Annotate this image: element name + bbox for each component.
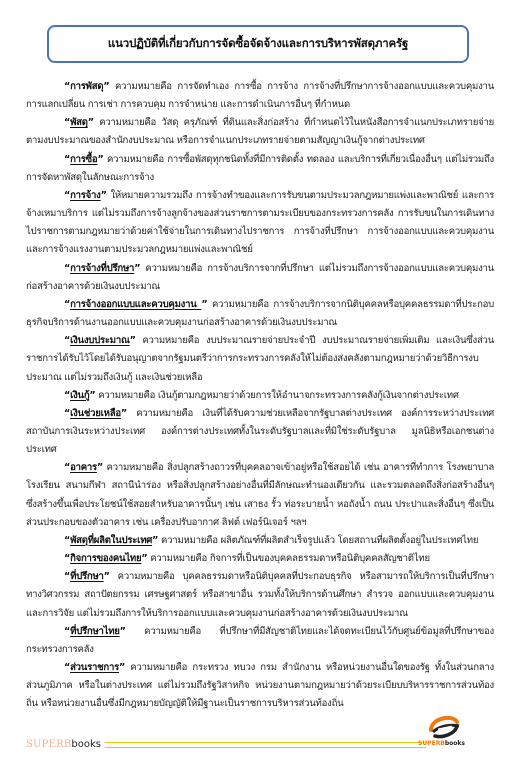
definition-item: “การซื้อ” ความหมายคือ การซื้อพัสดุทุกชนิ…: [26, 151, 494, 187]
definition-term: “เงินกู้”: [64, 390, 95, 401]
definitions-list: “การพัสดุ” ความหมายคือ การจัดทำเอง การซื…: [26, 78, 494, 713]
logo-caption-books: books: [445, 740, 465, 747]
page-footer: SUPERB books: [26, 736, 426, 752]
definition-term: “การจ้างที่ปรึกษา”: [64, 263, 140, 274]
definition-text: ความหมายคือ กิจการที่เป็นของบุคคลธรรมดาห…: [147, 553, 429, 564]
definition-term: “อาคาร”: [64, 462, 103, 473]
definition-item: “ส่วนราชการ” ความหมายคือ กระทรวง ทบวง กร…: [26, 659, 494, 713]
definition-item: “อาคาร” ความหมายคือ สิ่งปลูกสร้างถาวรที่…: [26, 459, 494, 532]
definition-term: “ส่วนราชการ”: [64, 662, 125, 673]
definition-item: “เงินงบประมาณ” ความหมายคือ งบประมาณรายจ่…: [26, 332, 494, 386]
definition-term: “การซื้อ”: [64, 154, 104, 165]
definition-item: “ที่ปรึกษาไทย” ความหมายคือ ที่ปรึกษาที่ม…: [26, 623, 494, 659]
definition-term: “ที่ปรึกษา”: [64, 571, 110, 582]
logo-caption: SUPERBbooks: [418, 740, 465, 747]
definition-term: “การจ้าง”: [64, 190, 107, 201]
superbooks-logo-icon: [423, 712, 465, 754]
definition-term: “กิจการของคนไทย”: [64, 553, 147, 564]
definition-item: “เงินช่วยเหลือ” ความหมายคือ เงินที่ได้รั…: [26, 405, 494, 459]
definition-term: “การจ้างออกแบบและควบคุมงาน ”: [64, 299, 207, 310]
logo-caption-superb: SUPERB: [418, 740, 445, 747]
footer-brand-books: books: [71, 739, 101, 750]
definition-text: ความหมายคือ ผลิตภัณฑ์ที่ผลิตสำเร็จรูปแล้…: [158, 535, 478, 546]
definition-item: “พัสดุ” ความหมายคือ วัสดุ ครุภัณฑ์ ที่ดิ…: [26, 114, 494, 150]
definition-term: “พัสดุที่ผลิตในประเทศ”: [64, 535, 158, 546]
footer-brand-superb: SUPERB: [26, 739, 71, 750]
definition-item: “พัสดุที่ผลิตในประเทศ” ความหมายคือ ผลิตภ…: [26, 532, 494, 550]
definition-item: “การจ้างที่ปรึกษา” ความหมายคือ การจ้างบร…: [26, 260, 494, 296]
definition-term: “เงินงบประมาณ”: [64, 335, 136, 346]
definition-term: “เงินช่วยเหลือ”: [64, 408, 127, 419]
definition-item: “การจ้าง” ให้หมายความรวมถึง การจ้างทำของ…: [26, 187, 494, 260]
definition-term: “การพัสดุ”: [64, 81, 109, 92]
definition-item: “กิจการของคนไทย” ความหมายคือ กิจการที่เป…: [26, 550, 494, 568]
definition-term: “พัสดุ”: [64, 117, 94, 128]
definition-item: “การพัสดุ” ความหมายคือ การจัดทำเอง การซื…: [26, 78, 494, 114]
definition-item: “ที่ปรึกษา” ความหมายคือ บุคคลธรรมดาหรือน…: [26, 568, 494, 622]
document-title-box: แนวปฏิบัติที่เกี่ยวกับการจัดซื้อจัดจ้างแ…: [47, 25, 469, 63]
footer-divider: [105, 742, 426, 748]
definition-term: “ที่ปรึกษาไทย”: [64, 626, 126, 637]
definition-item: “การจ้างออกแบบและควบคุมงาน ” ความหมายคือ…: [26, 296, 494, 332]
definition-text: ความหมายคือ เงินกู้ตามกฎหมายว่าด้วยการให…: [95, 390, 458, 401]
definition-text: ความหมายคือ วัสดุ ครุภัณฑ์ ที่ดินและสิ่ง…: [26, 117, 494, 146]
definition-item: “เงินกู้” ความหมายคือ เงินกู้ตามกฎหมายว่…: [26, 387, 494, 405]
document-title: แนวปฏิบัติที่เกี่ยวกับการจัดซื้อจัดจ้างแ…: [108, 35, 408, 53]
